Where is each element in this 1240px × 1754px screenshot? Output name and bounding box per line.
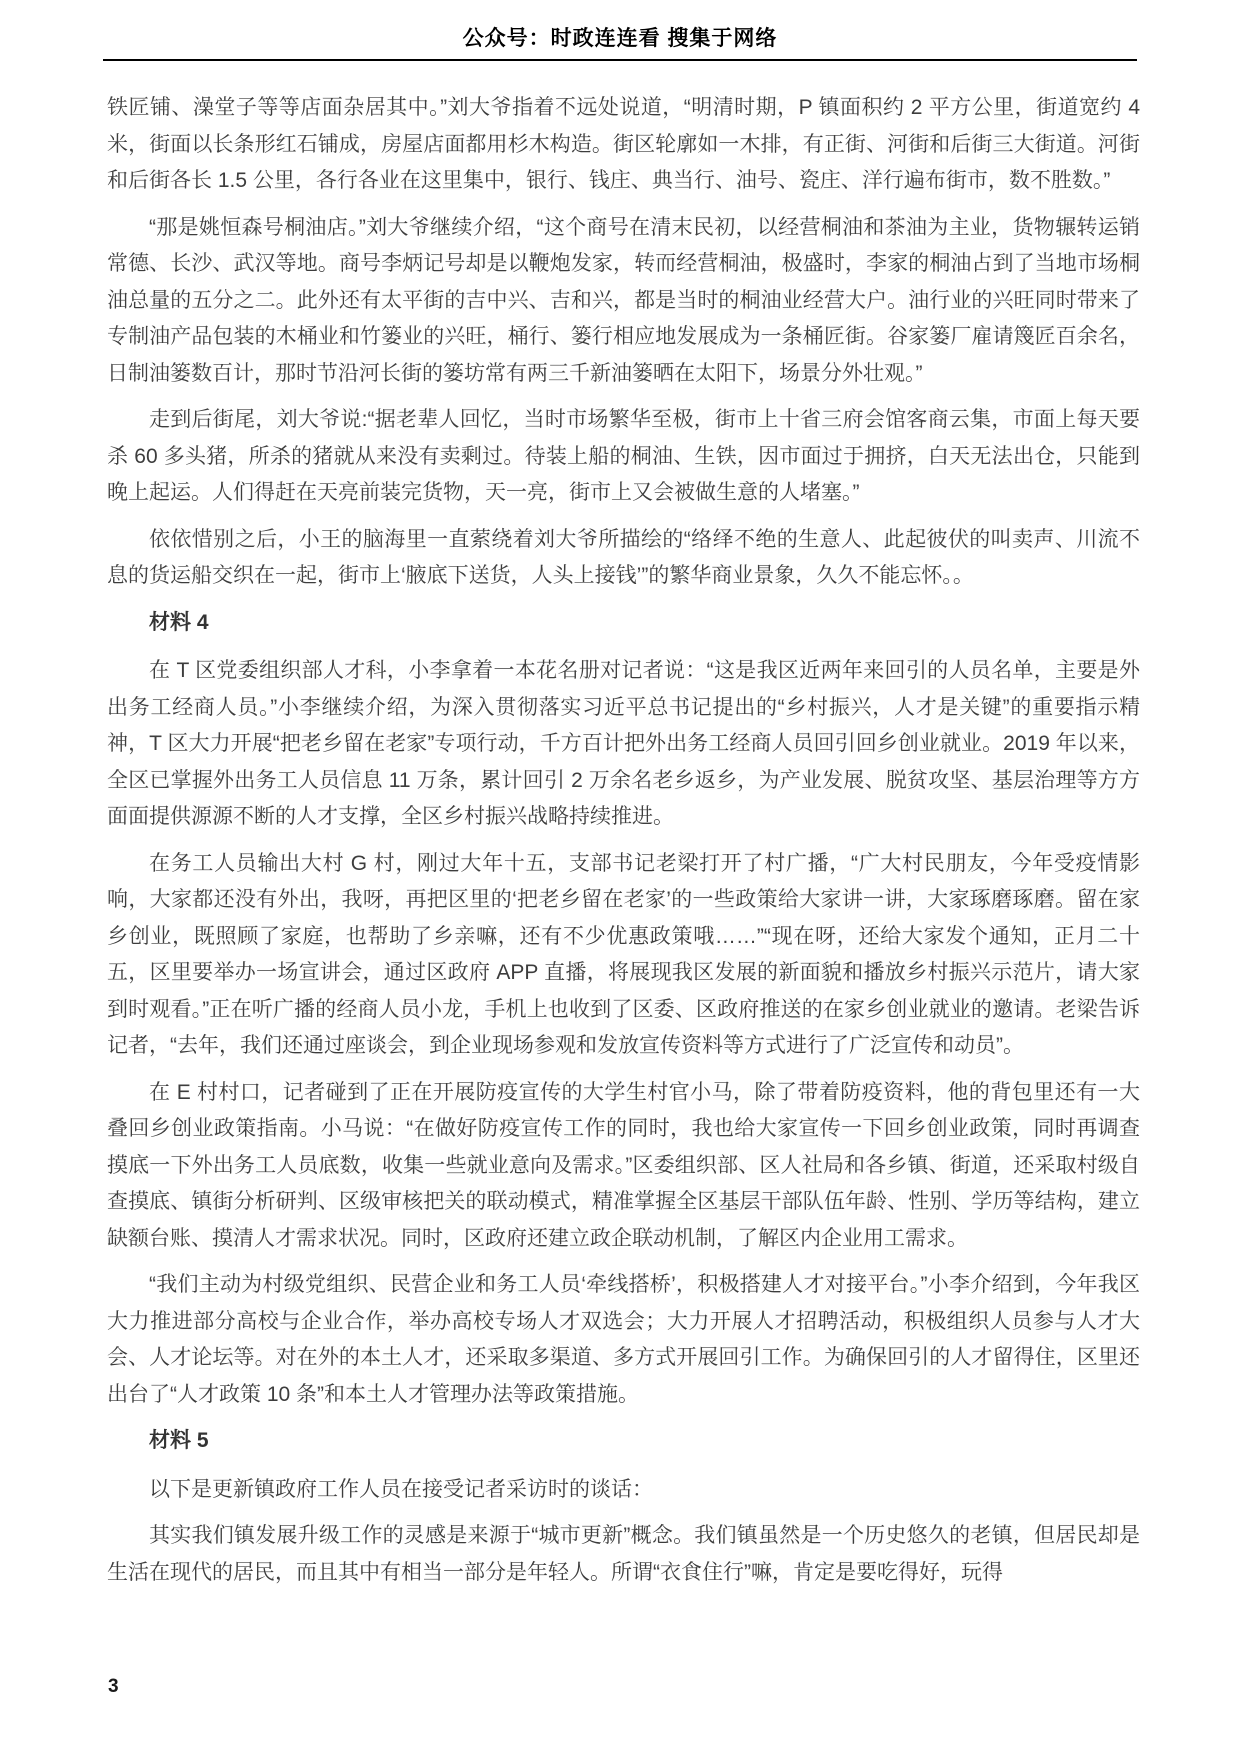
body-paragraph: 铁匠铺、澡堂子等等店面杂居其中。”刘大爷指着不远处说道，“明清时期，P 镇面积约… (107, 90, 1140, 200)
document-page: 公众号：时政连连看 搜集于网络 铁匠铺、澡堂子等等店面杂居其中。”刘大爷指着不远… (0, 0, 1240, 1754)
page-header-title: 公众号：时政连连看 搜集于网络 (0, 0, 1240, 52)
body-paragraph: 依依惜别之后，小王的脑海里一直萦绕着刘大爷所描绘的“络绎不绝的生意人、此起彼伏的… (107, 522, 1140, 595)
body-paragraph: 走到后街尾，刘大爷说:“据老辈人回忆，当时市场繁华至极，街市上十省三府会馆客商云… (107, 402, 1140, 512)
body-paragraph: “我们主动为村级党组织、民营企业和务工人员‘牵线搭桥’，积极搭建人才对接平台。”… (107, 1267, 1140, 1413)
body-paragraph: 在务工人员输出大村 G 村，刚过大年十五，支部书记老梁打开了村广播，“广大村民朋… (107, 846, 1140, 1065)
material-heading: 材料 5 (107, 1423, 1140, 1460)
body-paragraph: 在 T 区党委组织部人才科，小李拿着一本花名册对记者说：“这是我区近两年来回引的… (107, 653, 1140, 836)
page-number: 3 (108, 1676, 119, 1698)
body-paragraph: 在 E 村村口，记者碰到了正在开展防疫宣传的大学生村官小马，除了带着防疫资料，他… (107, 1075, 1140, 1258)
body-paragraph: 其实我们镇发展升级工作的灵感是来源于“城市更新”概念。我们镇虽然是一个历史悠久的… (107, 1518, 1140, 1591)
body-paragraph: “那是姚恒森号桐油店。”刘大爷继续介绍，“这个商号在清末民初，以经营桐油和茶油为… (107, 210, 1140, 393)
body-paragraph: 以下是更新镇政府工作人员在接受记者采访时的谈话： (107, 1472, 1140, 1509)
material-heading: 材料 4 (107, 605, 1140, 642)
document-body: 铁匠铺、澡堂子等等店面杂居其中。”刘大爷指着不远处说道，“明清时期，P 镇面积约… (0, 61, 1240, 1591)
